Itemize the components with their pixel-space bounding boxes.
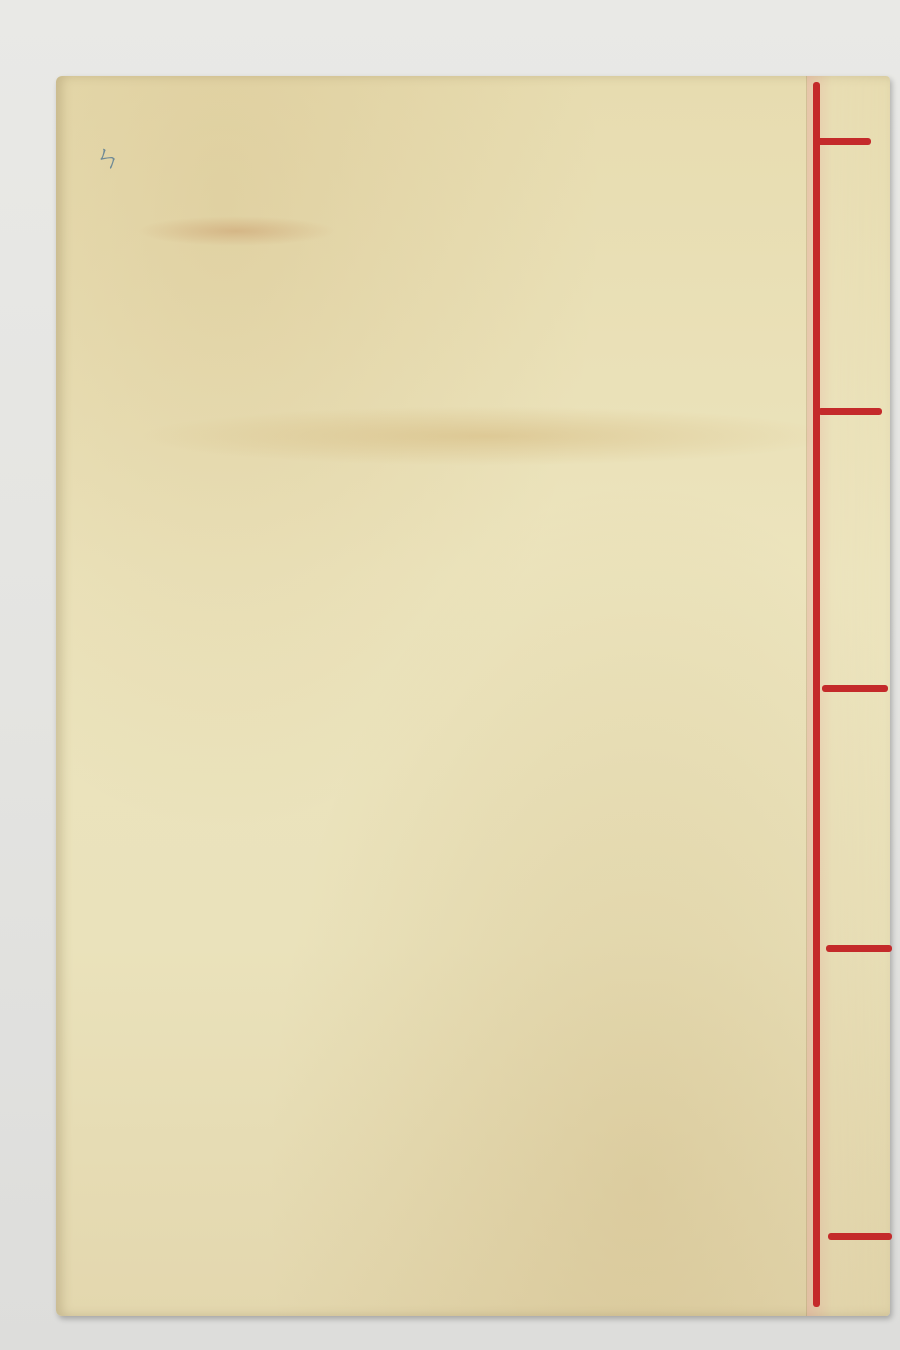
book-cover: ㄣ: [56, 76, 890, 1316]
stitch: [826, 945, 892, 952]
stitch: [813, 138, 871, 145]
handwritten-mark: ㄣ: [94, 136, 122, 176]
stain: [136, 216, 336, 246]
binding-thread: [813, 82, 820, 1307]
stitch: [828, 1233, 892, 1240]
stitch: [822, 685, 888, 692]
stain: [136, 406, 836, 466]
stitch: [818, 408, 882, 415]
